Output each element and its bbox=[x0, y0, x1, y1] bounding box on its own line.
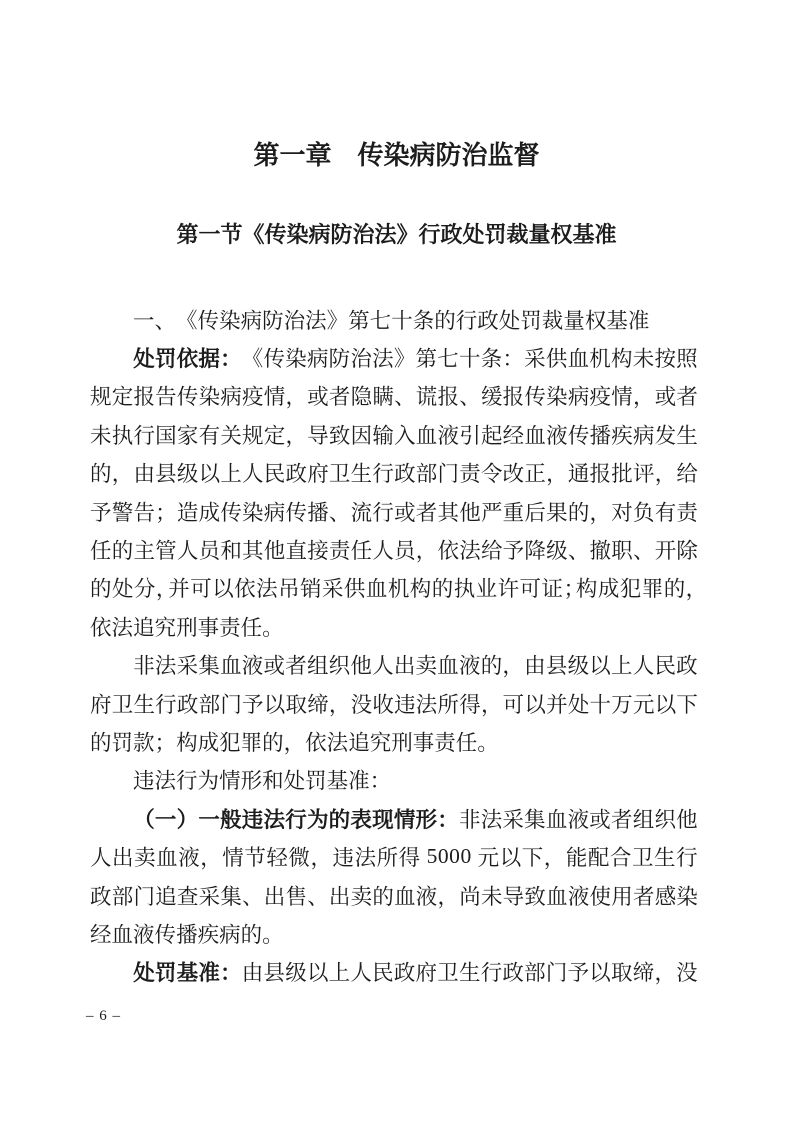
chapter-heading: 第一章 传染病防治监督 bbox=[0, 139, 793, 171]
text-line: 违法行为情形和处罚基准： bbox=[90, 761, 698, 799]
text-line: 府卫生行政部门予以取缔，没收违法所得，可以并处十万元以下 bbox=[90, 684, 698, 722]
text-line: 的，由县级以上人民政府卫生行政部门责令改正，通报批评，给 bbox=[90, 454, 698, 492]
text-line: （一）一般违法行为的表现情形：非法采集血液或者组织他 bbox=[90, 799, 698, 837]
text-line: 任的主管人员和其他直接责任人员，依法给予降级、撤职、开除 bbox=[90, 530, 698, 568]
text-line: 予警告；造成传染病传播、流行或者其他严重后果的，对负有责 bbox=[90, 492, 698, 530]
paragraph: 一、《传染病防治法》第七十条的行政处罚裁量权基准 bbox=[90, 300, 698, 338]
text-line: 规定报告传染病疫情，或者隐瞒、谎报、缓报传染病疫情，或者 bbox=[90, 377, 698, 415]
text-line: 一、《传染病防治法》第七十条的行政处罚裁量权基准 bbox=[90, 300, 698, 338]
text-line: 的罚款；构成犯罪的，依法追究刑事责任。 bbox=[90, 722, 698, 760]
paragraph: 处罚基准：由县级以上人民政府卫生行政部门予以取缔，没 bbox=[90, 953, 698, 991]
paragraph: 处罚依据：《传染病防治法》第七十条：采供血机构未按照规定报告传染病疫情，或者隐瞒… bbox=[90, 338, 698, 645]
paragraph: （一）一般违法行为的表现情形：非法采集血液或者组织他人出卖血液，情节轻微，违法所… bbox=[90, 799, 698, 953]
section-heading: 第一节《传染病防治法》行政处罚裁量权基准 bbox=[0, 220, 793, 250]
paragraph: 违法行为情形和处罚基准： bbox=[90, 761, 698, 799]
document-body: 一、《传染病防治法》第七十条的行政处罚裁量权基准处罚依据：《传染病防治法》第七十… bbox=[90, 300, 698, 991]
document-page: 第一章 传染病防治监督 第一节《传染病防治法》行政处罚裁量权基准 一、《传染病防… bbox=[0, 0, 793, 1122]
text-line: 处罚依据：《传染病防治法》第七十条：采供血机构未按照 bbox=[90, 338, 698, 376]
text-line: 处罚基准：由县级以上人民政府卫生行政部门予以取缔，没 bbox=[90, 953, 698, 991]
text-line: 人出卖血液，情节轻微，违法所得 5000 元以下，能配合卫生行 bbox=[90, 837, 698, 875]
text-line: 未执行国家有关规定，导致因输入血液引起经血液传播疾病发生 bbox=[90, 415, 698, 453]
text-line: 的处分，并可以依法吊销采供血机构的执业许可证；构成犯罪的， bbox=[90, 569, 698, 607]
text-line: 经血液传播疾病的。 bbox=[90, 914, 698, 952]
page-number: – 6 – bbox=[86, 1006, 121, 1026]
text-line: 依法追究刑事责任。 bbox=[90, 607, 698, 645]
paragraph: 非法采集血液或者组织他人出卖血液的，由县级以上人民政府卫生行政部门予以取缔，没收… bbox=[90, 646, 698, 761]
text-line: 政部门追查采集、出售、出卖的血液，尚未导致血液使用者感染 bbox=[90, 876, 698, 914]
text-line: 非法采集血液或者组织他人出卖血液的，由县级以上人民政 bbox=[90, 646, 698, 684]
